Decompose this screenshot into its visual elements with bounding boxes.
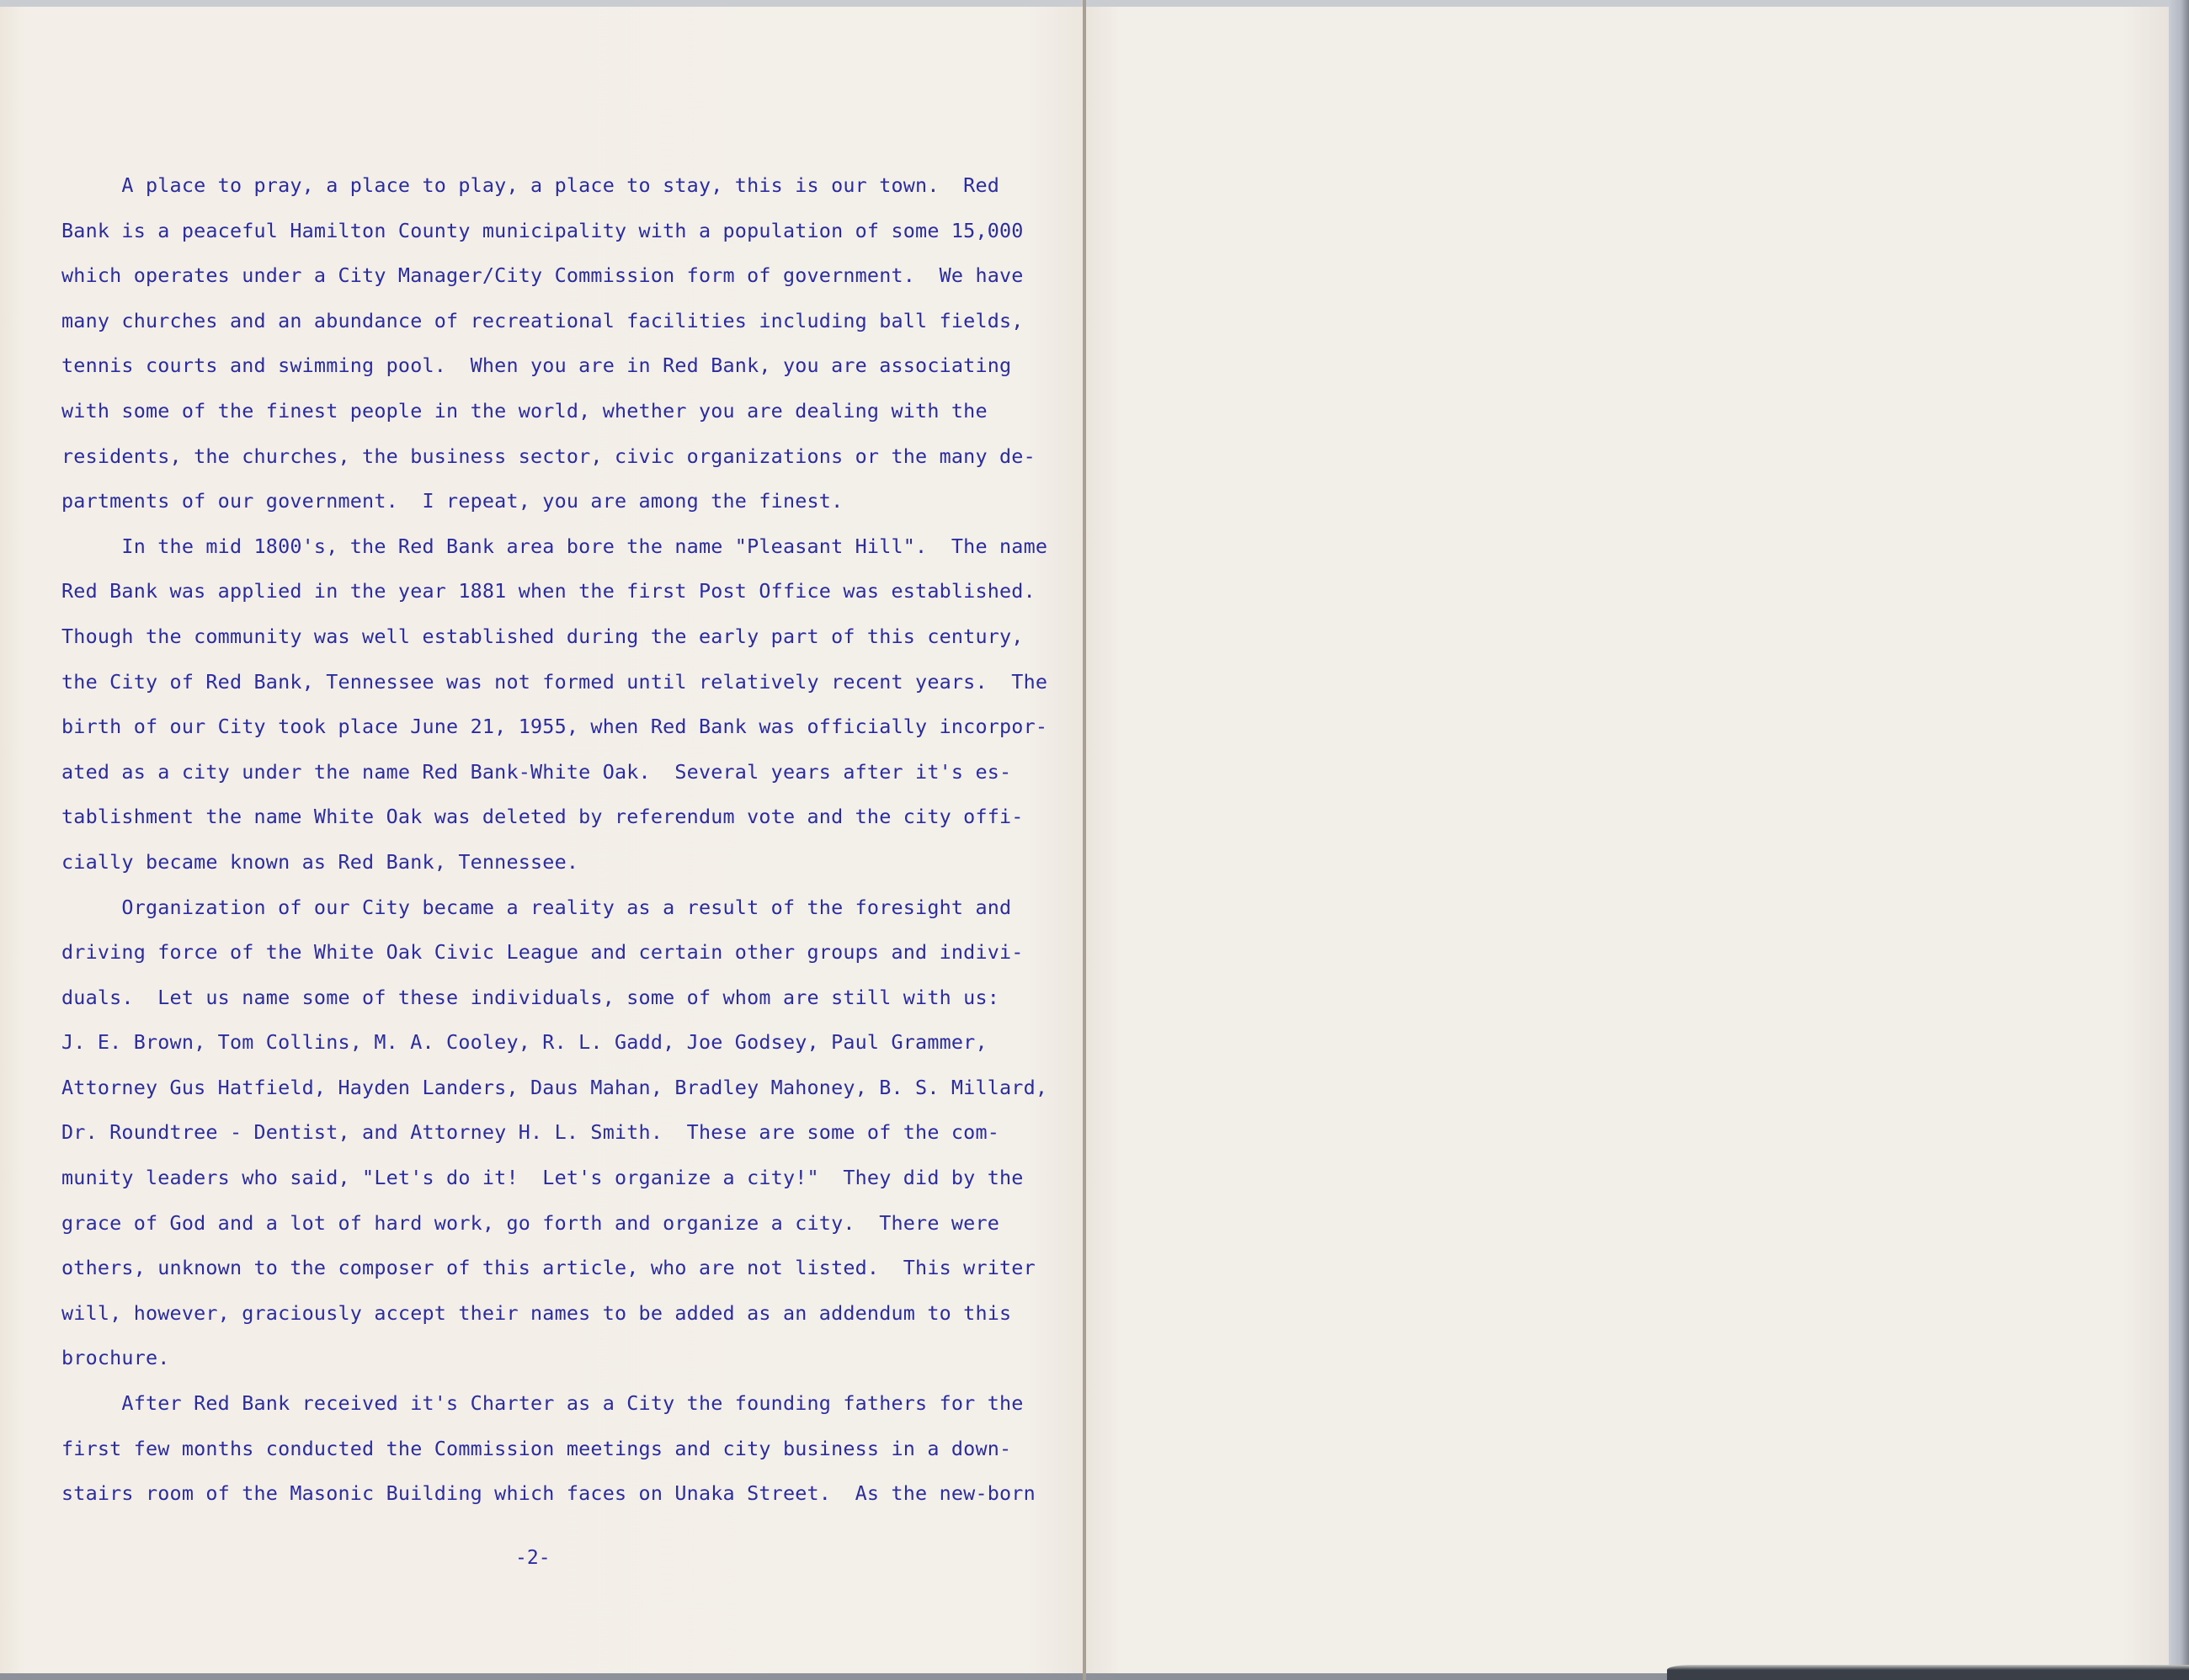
- text-line: tennis courts and swimming pool. When yo…: [61, 343, 1047, 389]
- page-curl-shadow: [1667, 1665, 2189, 1680]
- scanner-bed-right-edge: [2169, 0, 2189, 1680]
- text-line: grace of God and a lot of hard work, go …: [61, 1201, 1047, 1247]
- text-line: stairs room of the Masonic Building whic…: [61, 1471, 1047, 1517]
- text-line: the City of Red Bank, Tennessee was not …: [61, 660, 1047, 705]
- text-line: Bank is a peaceful Hamilton County munic…: [61, 209, 1047, 254]
- text-line: Dr. Roundtree - Dentist, and Attorney H.…: [61, 1110, 1047, 1156]
- text-line: Attorney Gus Hatfield, Hayden Landers, D…: [61, 1066, 1047, 1111]
- text-line: with some of the finest people in the wo…: [61, 389, 1047, 434]
- left-page: A place to pray, a place to play, a plac…: [0, 7, 1084, 1673]
- right-page: city began to grow the government operat…: [1086, 7, 2169, 1673]
- text-line: A place to pray, a place to play, a plac…: [61, 163, 1047, 209]
- text-line: driving force of the White Oak Civic Lea…: [61, 930, 1047, 976]
- text-line: Though the community was well establishe…: [61, 614, 1047, 660]
- text-line: many churches and an abundance of recrea…: [61, 299, 1047, 344]
- text-line: ated as a city under the name Red Bank-W…: [61, 750, 1047, 795]
- text-line: birth of our City took place June 21, 19…: [61, 704, 1047, 750]
- text-line: which operates under a City Manager/City…: [61, 253, 1047, 299]
- left-page-body: A place to pray, a place to play, a plac…: [61, 163, 1047, 1517]
- left-page-number: -2-: [515, 1547, 551, 1569]
- text-line: Organization of our City became a realit…: [61, 885, 1047, 931]
- text-line: Red Bank was applied in the year 1881 wh…: [61, 569, 1047, 614]
- text-line: J. E. Brown, Tom Collins, M. A. Cooley, …: [61, 1020, 1047, 1066]
- text-line: will, however, graciously accept their n…: [61, 1291, 1047, 1337]
- text-line: partments of our government. I repeat, y…: [61, 479, 1047, 524]
- text-line: first few months conducted the Commissio…: [61, 1427, 1047, 1472]
- text-line: After Red Bank received it's Charter as …: [61, 1381, 1047, 1427]
- text-line: residents, the churches, the business se…: [61, 434, 1047, 480]
- text-line: In the mid 1800's, the Red Bank area bor…: [61, 524, 1047, 570]
- text-line: brochure.: [61, 1336, 1047, 1381]
- text-line: munity leaders who said, "Let's do it! L…: [61, 1156, 1047, 1201]
- scanned-brochure-spread: A place to pray, a place to play, a plac…: [0, 0, 2189, 1680]
- text-line: cially became known as Red Bank, Tenness…: [61, 840, 1047, 885]
- text-line: tablishment the name White Oak was delet…: [61, 795, 1047, 840]
- text-line: others, unknown to the composer of this …: [61, 1246, 1047, 1291]
- text-line: duals. Let us name some of these individ…: [61, 976, 1047, 1021]
